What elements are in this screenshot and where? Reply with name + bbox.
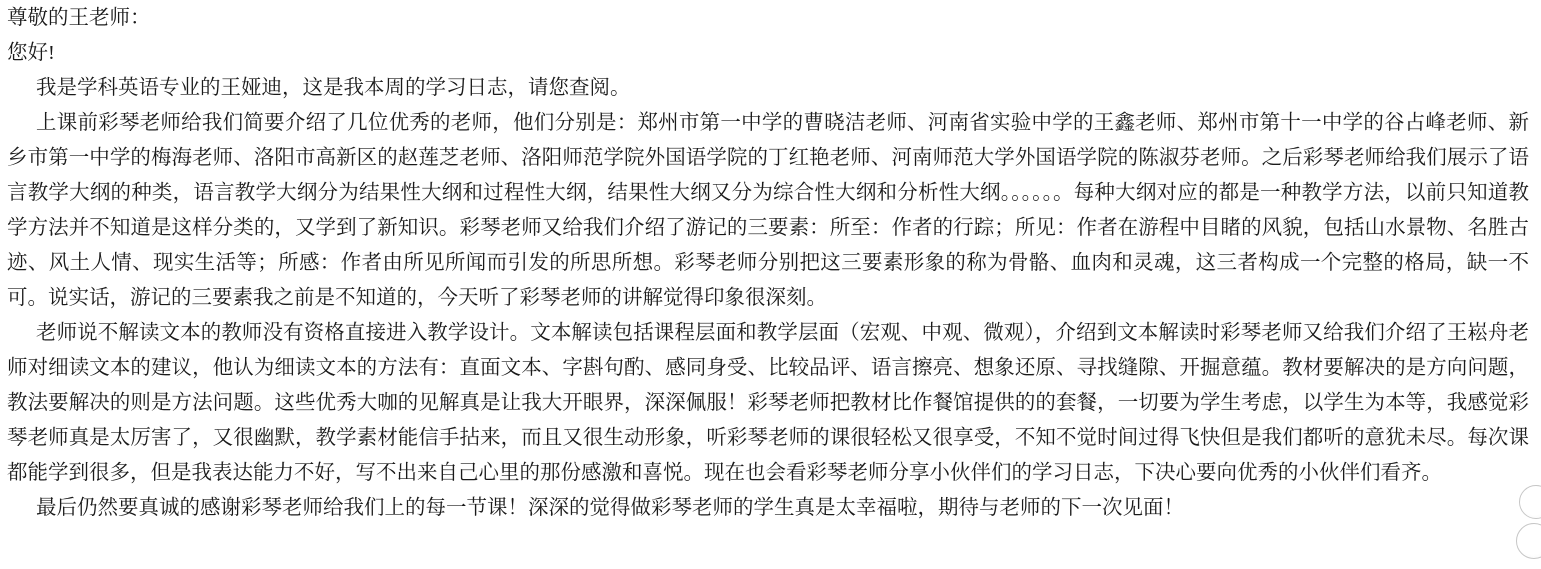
greeting: 您好! bbox=[7, 36, 1529, 71]
intro-paragraph: 我是学科英语专业的王娅迪，这是我本周的学习日志，请您查阅。 bbox=[7, 71, 1529, 106]
lesson-notes-paragraph: 上课前彩琴老师给我们简要介绍了几位优秀的老师，他们分别是：郑州市第一中学的曹晓洁… bbox=[7, 106, 1529, 316]
text-analysis-paragraph: 老师说不解读文本的教师没有资格直接进入教学设计。文本解读包括课程层面和教学层面（… bbox=[7, 316, 1529, 491]
closing-paragraph: 最后仍然要真诚的感谢彩琴老师给我们上的每一节课！深深的觉得做彩琴老师的学生真是太… bbox=[7, 491, 1529, 526]
floating-action-button-lower[interactable] bbox=[1516, 523, 1541, 559]
salutation: 尊敬的王老师： bbox=[7, 1, 1529, 36]
learning-journal-letter: 尊敬的王老师： 您好! 我是学科英语专业的王娅迪，这是我本周的学习日志，请您查阅… bbox=[0, 0, 1541, 526]
